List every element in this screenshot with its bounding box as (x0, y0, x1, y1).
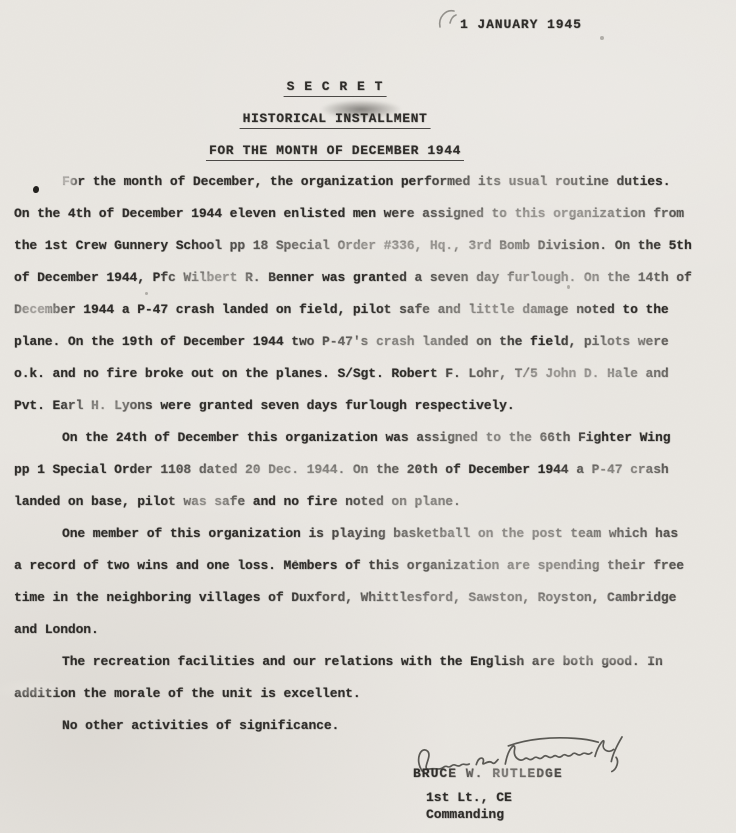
document-line: Pvt. Earl H. Lyons were granted seven da… (14, 390, 726, 422)
document-line: On the 24th of December this organizatio… (14, 422, 726, 454)
signature-rank: 1st Lt., CE (426, 790, 512, 805)
document-line: On the 4th of December 1944 eleven enlis… (14, 198, 726, 230)
document-line: of December 1944, Pfc Wilbert R. Benner … (14, 262, 726, 294)
document-line: landed on base, pilot was safe and no fi… (14, 486, 726, 518)
document-line: pp 1 Special Order 1108 dated 20 Dec. 19… (14, 454, 726, 486)
classification-heading: S E C R E T (284, 79, 387, 97)
document-line: One member of this organization is playi… (14, 518, 726, 550)
ink-smudge-mark (436, 3, 460, 31)
document-line: and London. (14, 614, 726, 646)
document-line: addition the morale of the unit is excel… (14, 678, 726, 710)
document-line: a record of two wins and one loss. Membe… (14, 550, 726, 582)
document-line: For the month of December, the organizat… (14, 166, 726, 198)
document-line: the 1st Crew Gunnery School pp 18 Specia… (14, 230, 726, 262)
signature-role: Commanding (426, 807, 504, 822)
document-line: o.k. and no fire broke out on the planes… (14, 358, 726, 390)
date-line: 1 JANUARY 1945 (460, 17, 582, 32)
scanned-document-page: 1 JANUARY 1945 S E C R E T HISTORICAL IN… (0, 0, 736, 833)
document-title: HISTORICAL INSTALLMENT (240, 111, 431, 129)
document-body: For the month of December, the organizat… (14, 166, 726, 742)
document-line: time in the neighboring villages of Duxf… (14, 582, 726, 614)
document-line: December 1944 a P-47 crash landed on fie… (14, 294, 726, 326)
document-line: plane. On the 19th of December 1944 two … (14, 326, 726, 358)
document-line: The recreation facilities and our relati… (14, 646, 726, 678)
document-subtitle: FOR THE MONTH OF DECEMBER 1944 (206, 143, 464, 161)
signature-typed-name: BRUCE W. RUTLEDGE (413, 766, 563, 781)
paper-speck (600, 36, 604, 40)
